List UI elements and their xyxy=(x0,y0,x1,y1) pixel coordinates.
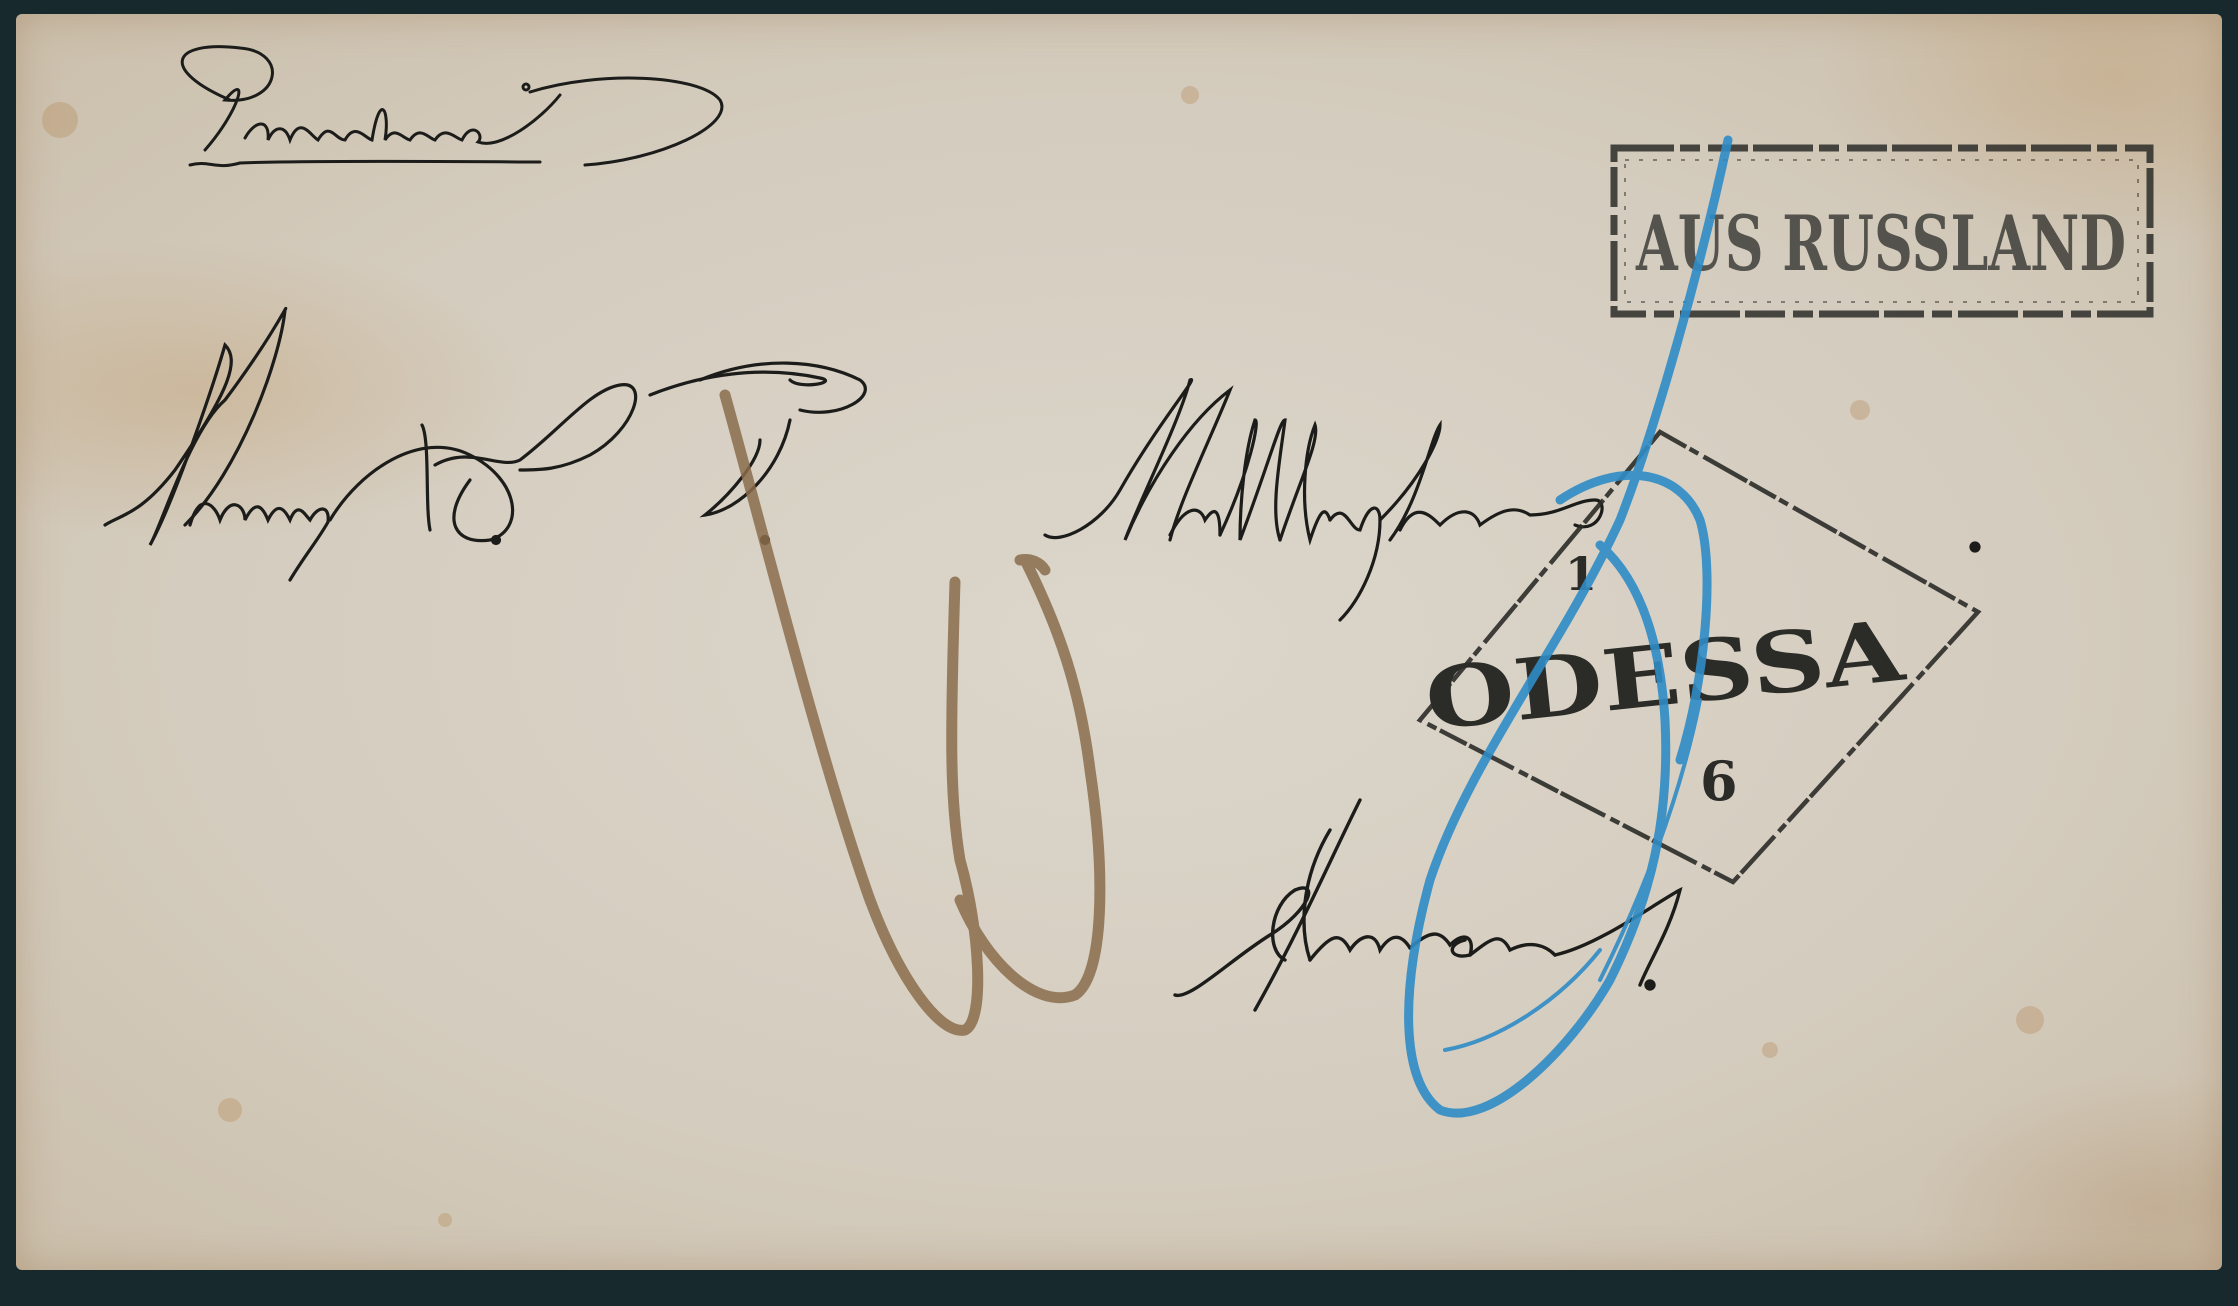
handwriting-initials xyxy=(422,372,826,543)
handwriting-particuliere xyxy=(182,47,722,166)
envelope-markings: Particulière Monsieur H. F. Matthyssens.… xyxy=(0,0,2238,1306)
handwriting-monsieur xyxy=(105,308,513,580)
brown-ink-numeral xyxy=(725,395,1100,1030)
handwriting-matthyssens xyxy=(700,363,1979,620)
handstamp-odessa-month: 6 xyxy=(1700,749,1738,813)
ink-drawing: AUS RUSSLAND 1 ODESSA 6 xyxy=(0,0,2238,1306)
